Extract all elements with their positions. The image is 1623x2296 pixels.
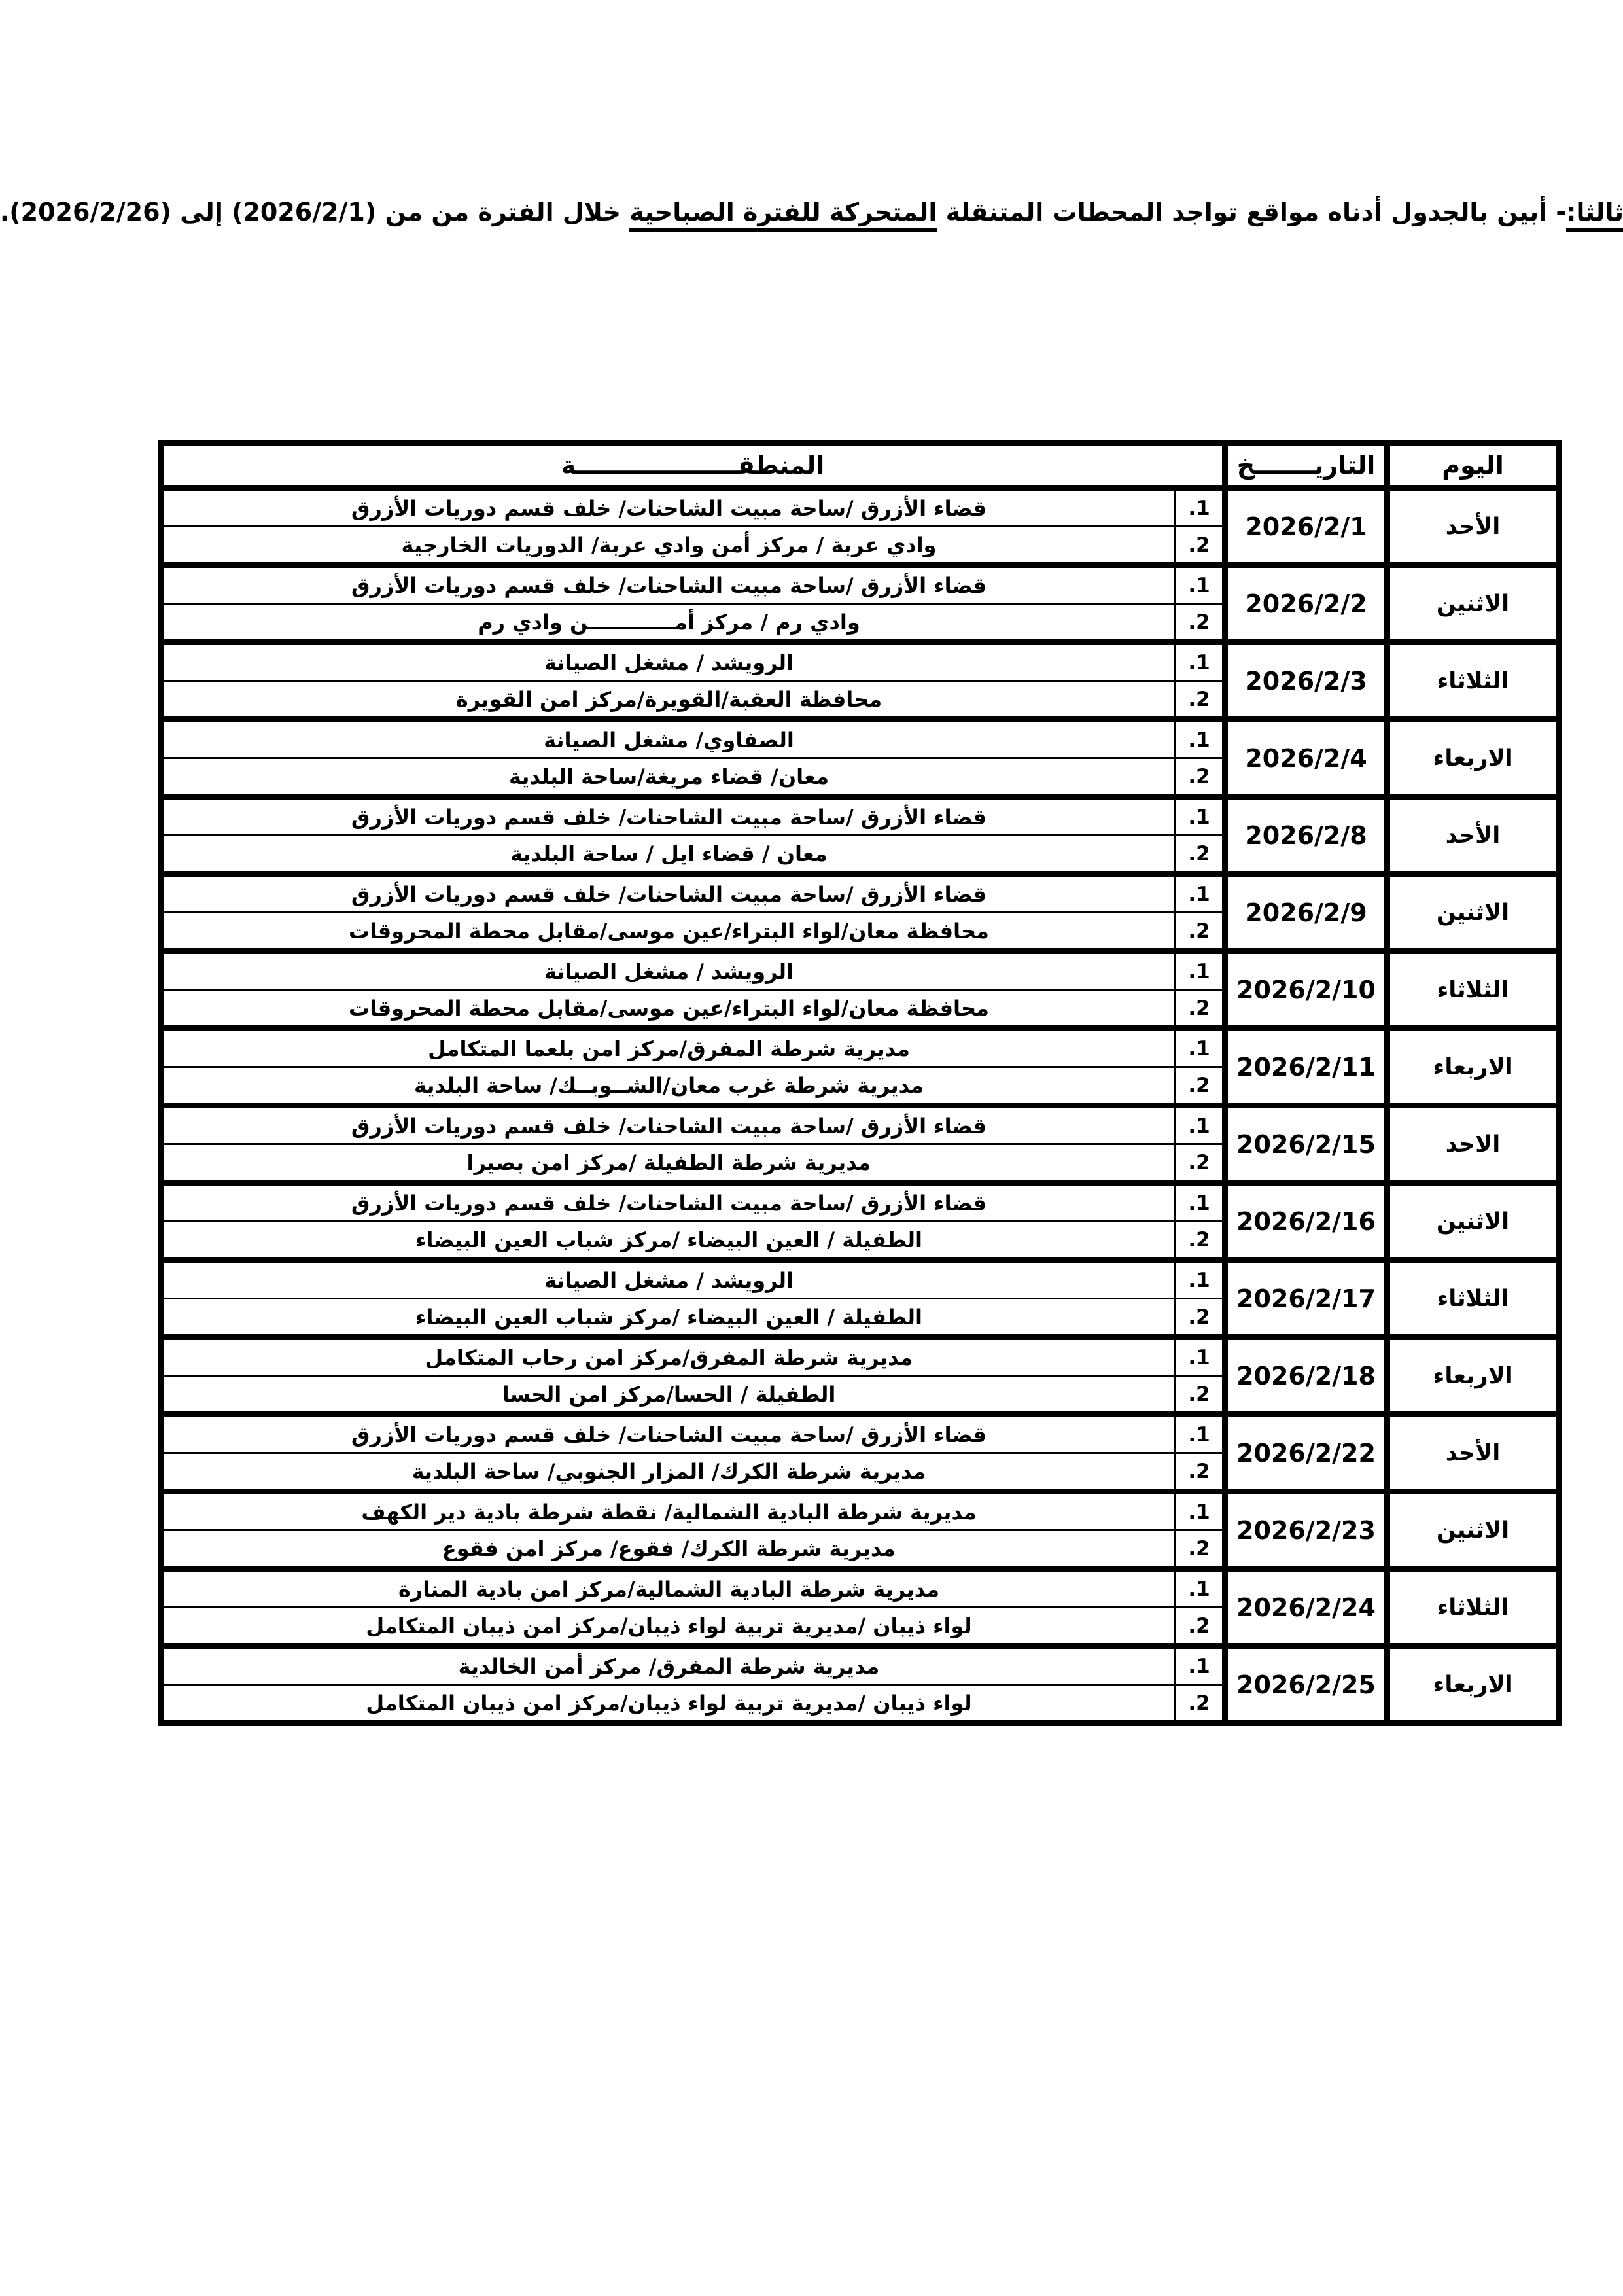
area-cell: الرويشد / مشغل الصيانة [124,951,1138,990]
schedule-row: الاثنين2026/2/9.1قضاء الأزرق /ساحة مبيت … [124,874,1522,913]
title-text-before: - أبين بالجدول أدناه مواقع تواجد المحطات… [899,198,1529,226]
day-cell: الاثنين [1350,874,1522,951]
entry-number: .1 [1138,1415,1188,1453]
date-cell: 2026/2/16 [1188,1183,1350,1260]
day-cell: الاثنين [1350,565,1522,643]
entry-number: .2 [1138,1222,1188,1260]
entry-number: .1 [1138,643,1188,681]
title-text-after: خلال الفترة من من (2026/2/1) إلى (2026/2… [0,198,592,226]
schedule-row: الثلاثاء2026/2/24.1مديرية شرطة البادية ا… [124,1569,1522,1608]
header-area: المنطقـــــــــــــــــــة [124,443,1188,488]
area-cell: الرويشد / مشغل الصيانة [124,643,1138,681]
title-underlined-phrase: المتحركة للفترة الصباحية [592,198,899,232]
schedule-row: الاربعاء2026/2/18.1مديرية شرطة المفرق/مر… [124,1337,1522,1376]
day-cell: الاحد [1350,1106,1522,1183]
schedule-row: الثلاثاء2026/2/17.1الرويشد / مشغل الصيان… [124,1260,1522,1299]
day-cell: الأحد [1350,488,1522,565]
schedule-table-body: الأحد2026/2/1.1قضاء الأزرق /ساحة مبيت ال… [124,488,1522,1723]
date-cell: 2026/2/24 [1188,1569,1350,1646]
date-cell: 2026/2/4 [1188,720,1350,797]
area-cell: مديرية شرطة الكرك/ فقوع/ مركز امن فقوع [124,1530,1138,1569]
area-cell: مديرية شرطة المفرق/مركز امن رحاب المتكام… [124,1337,1138,1376]
day-cell: الأحد [1350,797,1522,874]
day-cell: الاثنين [1350,1492,1522,1569]
area-cell: الطفيلة / الحسا/مركز امن الحسا [124,1376,1138,1415]
entry-number: .2 [1138,990,1188,1029]
schedule-row: الاثنين2026/2/2.1قضاء الأزرق /ساحة مبيت … [124,565,1522,604]
date-cell: 2026/2/23 [1188,1492,1350,1569]
entry-number: .2 [1138,681,1188,720]
header-date: التاريـــــــخ [1188,443,1350,488]
area-cell: الصفاوي/ مشغل الصيانة [124,720,1138,758]
date-cell: 2026/2/9 [1188,874,1350,951]
entry-number: .2 [1138,1530,1188,1569]
entry-number: .2 [1138,604,1188,643]
area-cell: قضاء الأزرق /ساحة مبيت الشاحنات/ خلف قسم… [124,1183,1138,1222]
day-cell: الاربعاء [1350,720,1522,797]
header-day: اليوم [1350,443,1522,488]
day-cell: الأحد [1350,1415,1522,1492]
date-cell: 2026/2/8 [1188,797,1350,874]
entry-number: .1 [1138,1106,1188,1144]
area-cell: معان/ قضاء مريغة/ساحة البلدية [124,758,1138,797]
area-cell: مديرية شرطة المفرق/ مركز أمن الخالدية [124,1646,1138,1685]
entry-number: .2 [1138,758,1188,797]
area-cell: قضاء الأزرق /ساحة مبيت الشاحنات/ خلف قسم… [124,565,1138,604]
document-title: ثالثا:- أبين بالجدول أدناه مواقع تواجد ا… [26,194,1586,231]
entry-number: .1 [1138,1029,1188,1067]
schedule-row: الأحد2026/2/1.1قضاء الأزرق /ساحة مبيت ال… [124,488,1522,527]
date-cell: 2026/2/2 [1188,565,1350,643]
day-cell: الاثنين [1350,1183,1522,1260]
entry-number: .2 [1138,1067,1188,1106]
entry-number: .2 [1138,1299,1188,1337]
date-cell: 2026/2/11 [1188,1029,1350,1106]
schedule-table-header: اليوم التاريـــــــخ المنطقـــــــــــــ… [124,443,1522,488]
area-cell: قضاء الأزرق /ساحة مبيت الشاحنات/ خلف قسم… [124,874,1138,913]
area-cell: الطفيلة / العين البيضاء /مركز شباب العين… [124,1222,1138,1260]
entry-number: .1 [1138,565,1188,604]
schedule-row: الأحد2026/2/8.1قضاء الأزرق /ساحة مبيت ال… [124,797,1522,836]
schedule-row: الاثنين2026/2/16.1قضاء الأزرق /ساحة مبيت… [124,1183,1522,1222]
area-cell: محافظة العقبة/القويرة/مركز امن القويرة [124,681,1138,720]
schedule-row: الاثنين2026/2/23.1مديرية شرطة البادية ال… [124,1492,1522,1530]
schedule-row: الاحد2026/2/15.1قضاء الأزرق /ساحة مبيت ا… [124,1106,1522,1144]
date-cell: 2026/2/22 [1188,1415,1350,1492]
entry-number: .1 [1138,874,1188,913]
area-cell: قضاء الأزرق /ساحة مبيت الشاحنات/ خلف قسم… [124,797,1138,836]
schedule-row: الاربعاء2026/2/4.1الصفاوي/ مشغل الصيانة [124,720,1522,758]
date-cell: 2026/2/18 [1188,1337,1350,1415]
area-cell: وادي عربة / مركز أمن وادي عربة/ الدوريات… [124,527,1138,565]
area-cell: قضاء الأزرق /ساحة مبيت الشاحنات/ خلف قسم… [124,1415,1138,1453]
area-cell: وادي رم / مركز أمــــــــــــن وادي رم [124,604,1138,643]
document-page: { "colors": { "ink": "#000000", "paper":… [0,0,1623,2296]
entry-number: .2 [1138,1144,1188,1183]
entry-number: .1 [1138,1260,1188,1299]
area-cell: مديرية شرطة الكرك/ المزار الجنوبي/ ساحة … [124,1453,1138,1492]
area-cell: محافظة معان/لواء البتراء/عين موسى/مقابل … [124,913,1138,951]
entry-number: .1 [1138,488,1188,527]
date-cell: 2026/2/17 [1188,1260,1350,1337]
entry-number: .1 [1138,1492,1188,1530]
day-cell: الثلاثاء [1350,1569,1522,1646]
entry-number: .2 [1138,913,1188,951]
date-cell: 2026/2/3 [1188,643,1350,720]
entry-number: .2 [1138,1608,1188,1646]
area-cell: مديرية شرطة البادية الشمالية/مركز امن با… [124,1569,1138,1608]
day-cell: الاربعاء [1350,1029,1522,1106]
entry-number: .1 [1138,1183,1188,1222]
area-cell: مديرية شرطة غرب معان/الشــوبــك/ ساحة ال… [124,1067,1138,1106]
mobile-stations-schedule-table: اليوم التاريـــــــخ المنطقـــــــــــــ… [120,440,1524,1726]
area-cell: مديرية شرطة الطفيلة /مركز امن بصيرا [124,1144,1138,1183]
area-cell: الرويشد / مشغل الصيانة [124,1260,1138,1299]
date-cell: 2026/2/25 [1188,1646,1350,1723]
date-cell: 2026/2/15 [1188,1106,1350,1183]
area-cell: معان / قضاء ايل / ساحة البلدية [124,836,1138,874]
day-cell: الثلاثاء [1350,643,1522,720]
date-cell: 2026/2/10 [1188,951,1350,1029]
entry-number: .2 [1138,1376,1188,1415]
entry-number: .2 [1138,836,1188,874]
area-cell: مديرية شرطة المفرق/مركز امن بلعما المتكا… [124,1029,1138,1067]
day-cell: الثلاثاء [1350,1260,1522,1337]
day-cell: الاربعاء [1350,1646,1522,1723]
title-section-label: ثالثا: [1529,198,1586,232]
entry-number: .1 [1138,797,1188,836]
schedule-row: الأحد2026/2/22.1قضاء الأزرق /ساحة مبيت ا… [124,1415,1522,1453]
header-row: اليوم التاريـــــــخ المنطقـــــــــــــ… [124,443,1522,488]
area-cell: لواء ذيبان /مديرية تربية لواء ذيبان/مركز… [124,1608,1138,1646]
date-cell: 2026/2/1 [1188,488,1350,565]
schedule-row: الثلاثاء2026/2/10.1الرويشد / مشغل الصيان… [124,951,1522,990]
area-cell: مديرية شرطة البادية الشمالية/ نقطة شرطة … [124,1492,1138,1530]
area-cell: قضاء الأزرق /ساحة مبيت الشاحنات/ خلف قسم… [124,488,1138,527]
entry-number: .1 [1138,720,1188,758]
entry-number: .2 [1138,527,1188,565]
area-cell: محافظة معان/لواء البتراء/عين موسى/مقابل … [124,990,1138,1029]
area-cell: الطفيلة / العين البيضاء /مركز شباب العين… [124,1299,1138,1337]
entry-number: .2 [1138,1453,1188,1492]
entry-number: .1 [1138,951,1188,990]
entry-number: .1 [1138,1646,1188,1685]
area-cell: لواء ذيبان /مديرية تربية لواء ذيبان/مركز… [124,1685,1138,1723]
schedule-row: الاربعاء2026/2/25.1مديرية شرطة المفرق/ م… [124,1646,1522,1685]
area-cell: قضاء الأزرق /ساحة مبيت الشاحنات/ خلف قسم… [124,1106,1138,1144]
schedule-row: الثلاثاء2026/2/3.1الرويشد / مشغل الصيانة [124,643,1522,681]
schedule-row: الاربعاء2026/2/11.1مديرية شرطة المفرق/مر… [124,1029,1522,1067]
entry-number: .1 [1138,1569,1188,1608]
day-cell: الثلاثاء [1350,951,1522,1029]
day-cell: الاربعاء [1350,1337,1522,1415]
entry-number: .2 [1138,1685,1188,1723]
entry-number: .1 [1138,1337,1188,1376]
